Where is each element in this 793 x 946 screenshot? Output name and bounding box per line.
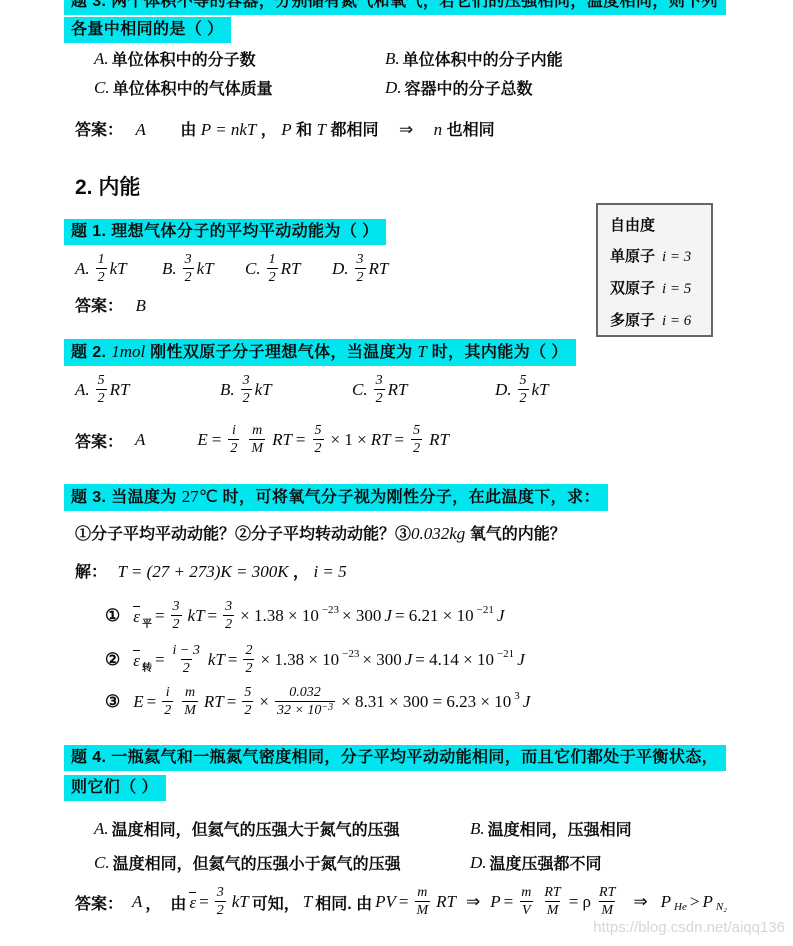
answer-letter: B — [135, 296, 145, 315]
implies-arrow: ⇒ — [633, 892, 647, 912]
q3top-option-a: A. 单位体积中的分子数 — [94, 47, 256, 70]
q3b-equation-1: ① ε平 = 32 kT = 32 × 1.38 × 10−23 × 300J … — [105, 596, 504, 636]
freebox-row-value: i = 5 — [662, 281, 691, 297]
frac-denominator: 2 — [518, 389, 529, 407]
math-segment: = — [399, 892, 409, 912]
math-segment: P — [661, 892, 671, 912]
frac-denominator-text: 32 × 10 — [277, 703, 321, 718]
frac-numerator: m — [183, 685, 197, 701]
document-page: 题 3. 两个体积不等的容器，分别储有氮气和氧气，若它们的压强相同，温度相同，则… — [0, 0, 793, 946]
option-letter: B. — [385, 49, 400, 69]
fraction: i2 — [162, 685, 173, 719]
fraction: 52 — [518, 373, 529, 407]
math-segment: J — [523, 692, 531, 712]
frac-numerator: 2 — [243, 643, 254, 659]
answer-letter: A — [135, 120, 145, 139]
implies-arrow: ⇒ — [466, 892, 480, 912]
answer-letter: A — [132, 892, 142, 912]
circled-number: ③ — [105, 692, 120, 712]
csdn-watermark: https://blog.csdn.net/aiqq136 — [593, 919, 785, 936]
exponent: −23 — [342, 648, 359, 660]
answer-label: 答案： — [75, 891, 123, 914]
q3b-highlight: 题 3. 当温度为 27℃ 时，可将氧气分子视为刚性分子，在此温度下，求： — [64, 484, 608, 511]
math-segment: T — [417, 342, 426, 361]
overline-epsilon: ε — [133, 606, 140, 627]
fraction: mM — [182, 685, 198, 719]
q1-highlight: 题 1. 理想气体分子的平均平动动能为（ ） — [64, 219, 386, 245]
answer-text: 也相同 — [447, 122, 495, 139]
frac-numerator: 5 — [518, 373, 529, 389]
option-letter: C. — [245, 259, 261, 279]
math-segment: = — [212, 430, 222, 450]
q3b-subquestions-line: ①分子平均平动动能？②分子平均转动动能？③0.032kg 氧气的内能？ — [75, 523, 566, 545]
option-letter: C. — [94, 853, 110, 873]
frac-denominator: 2 — [223, 615, 234, 633]
answer-text: ， — [261, 122, 277, 139]
math-segment: = — [227, 692, 237, 712]
option-letter: D. — [495, 380, 512, 400]
q3top-option-d: D. 容器中的分子总数 — [385, 76, 533, 99]
math-segment: J — [517, 650, 525, 670]
math-segment: RT — [388, 380, 408, 400]
frac-denominator: 2 — [241, 389, 252, 407]
subquestion-text: 氧气的内能？ — [470, 526, 566, 543]
frac-numerator: 5 — [242, 685, 253, 701]
math-segment: = — [147, 692, 157, 712]
q3b-solution-line: 解： T = (27 + 273)K = 300K ， i = 5 — [75, 561, 347, 583]
math-segment: = 6.21 × 10 — [395, 606, 474, 626]
math-segment: × 1.38 × 10 — [240, 606, 319, 626]
math-segment: > — [690, 892, 700, 912]
answer-text: 可知， — [252, 891, 300, 914]
q3top-answer-line: 答案： A 由 P = nkT ， P 和 T 都相同 ⇒ n 也相同 — [75, 119, 495, 141]
fraction: RTM — [542, 885, 562, 919]
option-text: 温度压强都不同 — [490, 851, 602, 874]
q1-answer-line: 答案： B — [75, 295, 146, 317]
frac-denominator: 2 — [181, 659, 192, 677]
q2-option-d: D. 52 kT — [495, 370, 549, 410]
option-text: 单位体积中的分子内能 — [403, 47, 563, 70]
fraction: 32 — [355, 252, 366, 286]
fraction: 32 — [241, 373, 252, 407]
option-letter: D. — [385, 78, 402, 98]
q4-option-a: A. 温度相同，但氦气的压强大于氮气的压强 — [94, 817, 400, 840]
frac-denominator: 2 — [243, 659, 254, 677]
math-segment: × 8.31 × 300 = 6.23 × 10 — [341, 692, 511, 712]
frac-denominator: M — [249, 439, 265, 457]
math-segment: RT — [204, 692, 224, 712]
math-segment: RT — [369, 259, 389, 279]
answer-text: 相同. 由 — [315, 891, 372, 914]
fraction: 12 — [267, 252, 278, 286]
frac-numerator: m — [415, 885, 429, 901]
frac-numerator: 0.032 — [287, 685, 323, 701]
subscript: N₂ — [716, 901, 727, 913]
degrees-of-freedom-box: 自由度 单原子i = 3 双原子i = 5 多原子i = 6 — [596, 203, 713, 337]
math-segment: = ρ — [569, 892, 591, 912]
fraction: 32 — [183, 252, 194, 286]
freebox-row: 多原子i = 6 — [610, 305, 711, 337]
math-segment: = — [395, 430, 405, 450]
freebox-row-value: i = 3 — [662, 249, 691, 265]
frac-denominator: 32 × 10−3 — [275, 701, 335, 720]
overline-epsilon: ε — [189, 892, 196, 913]
math-segment: kT — [208, 650, 225, 670]
math-segment: 27℃ — [182, 487, 218, 506]
frac-denominator: 2 — [313, 439, 324, 457]
epsilon-symbol: ε — [133, 607, 140, 626]
epsilon-subscript: 平 — [142, 615, 152, 630]
freebox-row-label: 双原子 — [610, 280, 655, 297]
subquestion-text: ①分子平均平动动能？②分子平均转动动能？③ — [75, 526, 411, 543]
math-segment: J — [384, 606, 392, 626]
math-segment: n — [434, 120, 443, 139]
math-segment: 0.032kg — [411, 524, 465, 543]
fraction: 22 — [243, 643, 254, 677]
frac-denominator: M — [415, 901, 431, 919]
math-segment: P — [281, 120, 291, 139]
answer-label: 答案： — [75, 122, 123, 139]
option-letter: C. — [94, 78, 110, 98]
implies-arrow: ⇒ — [399, 120, 413, 139]
frac-numerator: i − 3 — [171, 643, 202, 659]
option-letter: A. — [94, 49, 109, 69]
q4-option-c: C. 温度相同，但氦气的压强小于氮气的压强 — [94, 851, 401, 874]
fraction: 0.03232 × 10−3 — [275, 685, 335, 720]
math-segment: RT — [436, 892, 456, 912]
fraction: i2 — [228, 423, 239, 457]
frac-denominator: 2 — [183, 268, 194, 286]
exponent: −21 — [497, 648, 514, 660]
answer-letter: A — [135, 430, 145, 450]
freebox-title: 自由度 — [610, 211, 711, 241]
option-letter: D. — [470, 853, 487, 873]
q2-option-b: B. 32 kT — [220, 370, 272, 410]
answer-label: 答案： — [75, 429, 123, 452]
option-letter: B. — [162, 259, 177, 279]
frac-denominator: V — [520, 901, 533, 919]
q3b-equation-2: ② ε转 = i − 32 kT = 22 × 1.38 × 10−23 × 3… — [105, 640, 525, 680]
frac-numerator: 3 — [241, 373, 252, 389]
frac-denominator: 2 — [411, 439, 422, 457]
frac-denominator: 2 — [267, 268, 278, 286]
freebox-row: 双原子i = 5 — [610, 273, 711, 305]
exponent: −21 — [477, 604, 494, 616]
q3top-option-b: B. 单位体积中的分子内能 — [385, 47, 563, 70]
answer-text: 由 — [180, 122, 196, 139]
fraction: 32 — [171, 599, 182, 633]
math-segment: = — [228, 650, 238, 670]
exponent: 3 — [514, 690, 520, 702]
q1-option-d: D. 32 RT — [332, 249, 388, 289]
q3top-highlight-line2: 各量中相同的是（ ） — [64, 17, 231, 43]
frac-numerator: 3 — [183, 252, 194, 268]
frac-numerator: 5 — [96, 373, 107, 389]
frac-numerator: 3 — [223, 599, 234, 615]
option-letter: B. — [220, 380, 235, 400]
q2-highlight: 题 2. 1mol 刚性双原子分子理想气体，当温度为 T 时，其内能为（ ） — [64, 339, 576, 366]
solution-label: 解： — [75, 564, 107, 581]
math-segment: PV — [375, 892, 396, 912]
q4-option-d: D. 温度压强都不同 — [470, 851, 602, 874]
circled-number: ② — [105, 650, 120, 670]
freebox-row-value: i = 6 — [662, 313, 691, 329]
fraction: RTM — [597, 885, 617, 919]
q4-option-b: B. 温度相同，压强相同 — [470, 817, 632, 840]
math-segment: × 300 — [362, 650, 401, 670]
option-letter: D. — [332, 259, 349, 279]
q4-highlight-line1: 题 4. 一瓶氦气和一瓶氮气密度相同，分子平均平动动能相同，而且它们都处于平衡状… — [64, 745, 726, 771]
frac-denominator: 2 — [355, 268, 366, 286]
option-letter: C. — [352, 380, 368, 400]
q1-option-b: B. 32 kT — [162, 249, 214, 289]
frac-denominator: 2 — [162, 701, 173, 719]
freebox-row-label: 多原子 — [610, 312, 655, 329]
frac-denominator: 2 — [96, 268, 107, 286]
q2-option-a: A. 52 RT — [75, 370, 129, 410]
math-segment: = 4.14 × 10 — [415, 650, 494, 670]
math-segment: T — [303, 892, 312, 912]
frac-numerator: 1 — [96, 252, 107, 268]
highlight-text: 题 2. — [71, 344, 106, 361]
option-letter: A. — [75, 259, 90, 279]
math-segment: E — [133, 692, 143, 712]
option-letter: B. — [470, 819, 485, 839]
frac-denominator: M — [545, 901, 561, 919]
math-segment: J — [405, 650, 413, 670]
fraction: 52 — [313, 423, 324, 457]
overline-epsilon: ε — [133, 650, 140, 671]
math-segment: J — [497, 606, 505, 626]
frac-numerator: 3 — [171, 599, 182, 615]
freebox-row-label: 单原子 — [610, 248, 655, 265]
q2-option-c: C. 32 RT — [352, 370, 407, 410]
frac-numerator: 3 — [355, 252, 366, 268]
math-segment: × 300 — [342, 606, 381, 626]
math-segment: RT — [371, 430, 391, 450]
q1-option-a: A. 12 kT — [75, 249, 127, 289]
frac-numerator: 5 — [411, 423, 422, 439]
frac-numerator: i — [164, 685, 172, 701]
frac-numerator: RT — [597, 885, 617, 901]
answer-text: 由 — [170, 891, 186, 914]
option-text: 单位体积中的气体质量 — [113, 76, 273, 99]
q3top-highlight-line1: 题 3. 两个体积不等的容器，分别储有氮气和氧气，若它们的压强相同，温度相同，则… — [64, 0, 726, 15]
option-text: 温度相同，压强相同 — [488, 817, 632, 840]
math-segment: = — [155, 606, 165, 626]
frac-numerator: 3 — [374, 373, 385, 389]
math-segment: RT — [281, 259, 301, 279]
fraction: 52 — [96, 373, 107, 407]
frac-denominator: M — [182, 701, 198, 719]
math-segment: RT — [429, 430, 449, 450]
frac-denominator: M — [599, 901, 615, 919]
math-segment: kT — [532, 380, 549, 400]
math-segment: T — [317, 120, 326, 139]
fraction: 32 — [215, 885, 226, 919]
epsilon-symbol: ε — [189, 893, 196, 912]
math-segment: i = 5 — [313, 562, 346, 581]
fraction: 12 — [96, 252, 107, 286]
option-text: 温度相同，但氦气的压强小于氮气的压强 — [113, 851, 401, 874]
solution-text: ， — [293, 564, 309, 581]
answer-label: 答案： — [75, 298, 123, 315]
math-segment: RT — [272, 430, 292, 450]
frac-denominator: 2 — [242, 701, 253, 719]
math-segment: × 1.38 × 10 — [260, 650, 339, 670]
fraction: i − 32 — [171, 643, 202, 677]
q3top-option-c: C. 单位体积中的气体质量 — [94, 76, 273, 99]
circled-number: ① — [105, 606, 120, 626]
math-segment: = — [504, 892, 514, 912]
answer-text: ， — [145, 891, 161, 914]
frac-numerator: 3 — [215, 885, 226, 901]
exponent: −23 — [322, 604, 339, 616]
math-segment: E — [197, 430, 207, 450]
math-segment: kT — [110, 259, 127, 279]
frac-numerator: 5 — [313, 423, 324, 439]
math-segment: = — [208, 606, 218, 626]
q3b-equation-3: ③ E = i2 mM RT = 52 × 0.03232 × 10−3 × 8… — [105, 679, 530, 725]
math-segment: T = (27 + 273)K = 300K — [117, 562, 288, 581]
math-segment: kT — [188, 606, 205, 626]
frac-numerator: m — [519, 885, 533, 901]
fraction: 52 — [242, 685, 253, 719]
fraction: 32 — [374, 373, 385, 407]
option-text: 容器中的分子总数 — [405, 76, 533, 99]
frac-denominator: 2 — [215, 901, 226, 919]
epsilon-symbol: ε — [133, 651, 140, 670]
highlight-text: 题 3. 当温度为 — [71, 489, 177, 506]
math-segment: × — [259, 692, 269, 712]
option-text: 单位体积中的分子数 — [112, 47, 256, 70]
frac-numerator: 1 — [267, 252, 278, 268]
math-segment: P — [702, 892, 712, 912]
math-segment: P — [490, 892, 500, 912]
frac-numerator: i — [230, 423, 238, 439]
math-segment: × 1 × — [331, 430, 367, 450]
math-segment: RT — [110, 380, 130, 400]
epsilon-subscript: 转 — [142, 659, 152, 674]
math-segment: kT — [255, 380, 272, 400]
highlight-text: 时，可将氧气分子视为刚性分子，在此温度下，求： — [223, 489, 600, 506]
frac-denominator: 2 — [171, 615, 182, 633]
q4-highlight-line2: 则它们（ ） — [64, 775, 166, 801]
section-heading: 2. 内能 — [75, 171, 140, 201]
highlight-text: 时，其内能为（ ） — [432, 344, 568, 361]
exponent: −3 — [321, 702, 333, 713]
fraction: 52 — [411, 423, 422, 457]
option-text: 温度相同，但氦气的压强大于氮气的压强 — [112, 817, 400, 840]
answer-text: 都相同 — [331, 122, 379, 139]
option-letter: A. — [75, 380, 90, 400]
option-letter: A. — [94, 819, 109, 839]
frac-numerator: RT — [542, 885, 562, 901]
frac-numerator: m — [250, 423, 264, 439]
math-segment: = — [199, 892, 209, 912]
math-segment: P = nkT — [201, 120, 257, 139]
fraction: mV — [519, 885, 533, 919]
frac-denominator: 2 — [228, 439, 239, 457]
q1-option-c: C. 12 RT — [245, 249, 300, 289]
math-segment: kT — [232, 892, 249, 912]
fraction: mM — [249, 423, 265, 457]
frac-denominator: 2 — [374, 389, 385, 407]
math-segment: = — [296, 430, 306, 450]
subscript: He — [674, 901, 687, 913]
answer-text: 和 — [296, 122, 312, 139]
math-segment: kT — [197, 259, 214, 279]
freebox-row: 单原子i = 3 — [610, 241, 711, 273]
frac-denominator: 2 — [96, 389, 107, 407]
fraction: 32 — [223, 599, 234, 633]
math-segment: 1mol — [111, 342, 145, 361]
fraction: mM — [415, 885, 431, 919]
highlight-text: 刚性双原子分子理想气体，当温度为 — [150, 344, 412, 361]
q2-answer-line: 答案： A E = i2 mM RT = 52 × 1 × RT = 52 RT — [75, 419, 449, 461]
math-segment: = — [155, 650, 165, 670]
